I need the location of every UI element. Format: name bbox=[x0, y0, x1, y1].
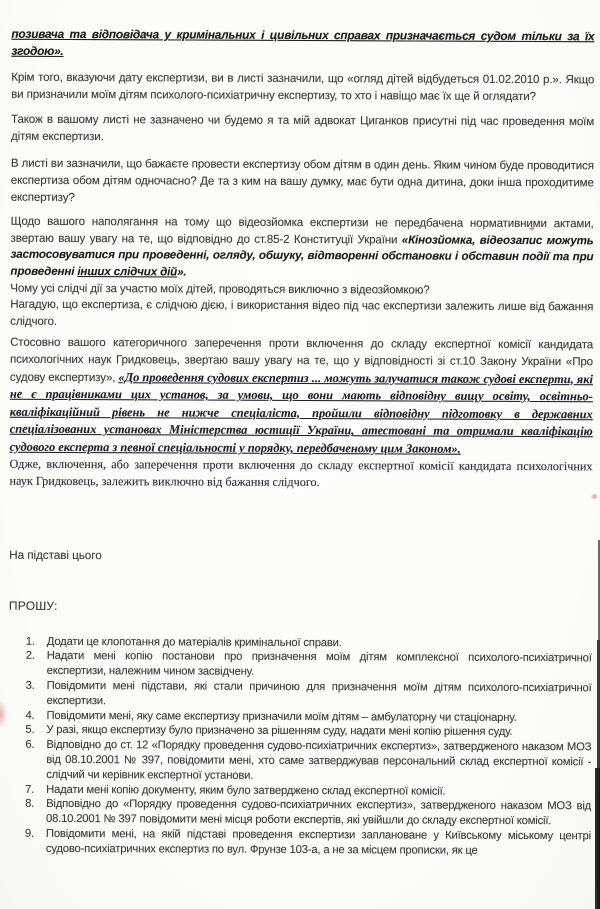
scan-artifact-plus-mark: + bbox=[529, 225, 537, 234]
paragraph-same-day-expertise: В листі ви зазначили, що бажаєте провест… bbox=[11, 156, 594, 208]
video-law-quote-close: ». bbox=[177, 265, 186, 278]
video-law-quote-underlined: інших слідчих дій bbox=[77, 265, 177, 278]
scan-artifact-pink-dot bbox=[592, 494, 597, 499]
paragraph-conclusion: Одже, включення, або заперечення проти в… bbox=[9, 456, 592, 492]
opening-quote-fragment: позивача та відповідача у кримінальних і… bbox=[11, 26, 594, 63]
paragraph-expert-commission: Стосовно вашого категоричного запереченн… bbox=[10, 335, 594, 459]
document-content: позивача та відповідача у кримінальних і… bbox=[0, 0, 600, 909]
request-heading: ПРОШУ: bbox=[9, 598, 592, 615]
scan-artifact-pink-smudge bbox=[0, 700, 7, 728]
scan-edge-shadow-lower bbox=[595, 768, 600, 909]
request-list: Додати це клопотання до матеріалів кримі… bbox=[8, 634, 592, 858]
paragraph-video-recording: Щодо вашого наполягання на тому що відео… bbox=[10, 214, 594, 333]
paragraph-expertise-date: Крім того, вказуючи дату експертизи, ви … bbox=[11, 70, 594, 106]
paper-sheet: позивача та відповідача у кримінальних і… bbox=[0, 0, 600, 909]
request-item-6: Відповідно до ст. 12 «Порядку проведення… bbox=[46, 738, 591, 785]
video-reminder-line: Нагадую, що експертиза, є слідчою дією, … bbox=[10, 297, 593, 333]
request-item-9: Повідомити мені, на якій підставі провед… bbox=[46, 827, 591, 859]
request-item-2: Надати мені копію постанови про призначе… bbox=[47, 649, 592, 681]
request-item-8: Відповідно до «Порядку проведення судово… bbox=[46, 797, 591, 829]
request-item-3: Повідомити мені підстави, які стали прич… bbox=[46, 679, 591, 711]
paragraph-presence-at-expertise: Також в вашому листі не зазначено чи буд… bbox=[11, 112, 594, 148]
basis-line: На підставі цього bbox=[9, 547, 592, 564]
scanned-document-page: { "document": { "opening_quote": "позива… bbox=[0, 0, 600, 909]
